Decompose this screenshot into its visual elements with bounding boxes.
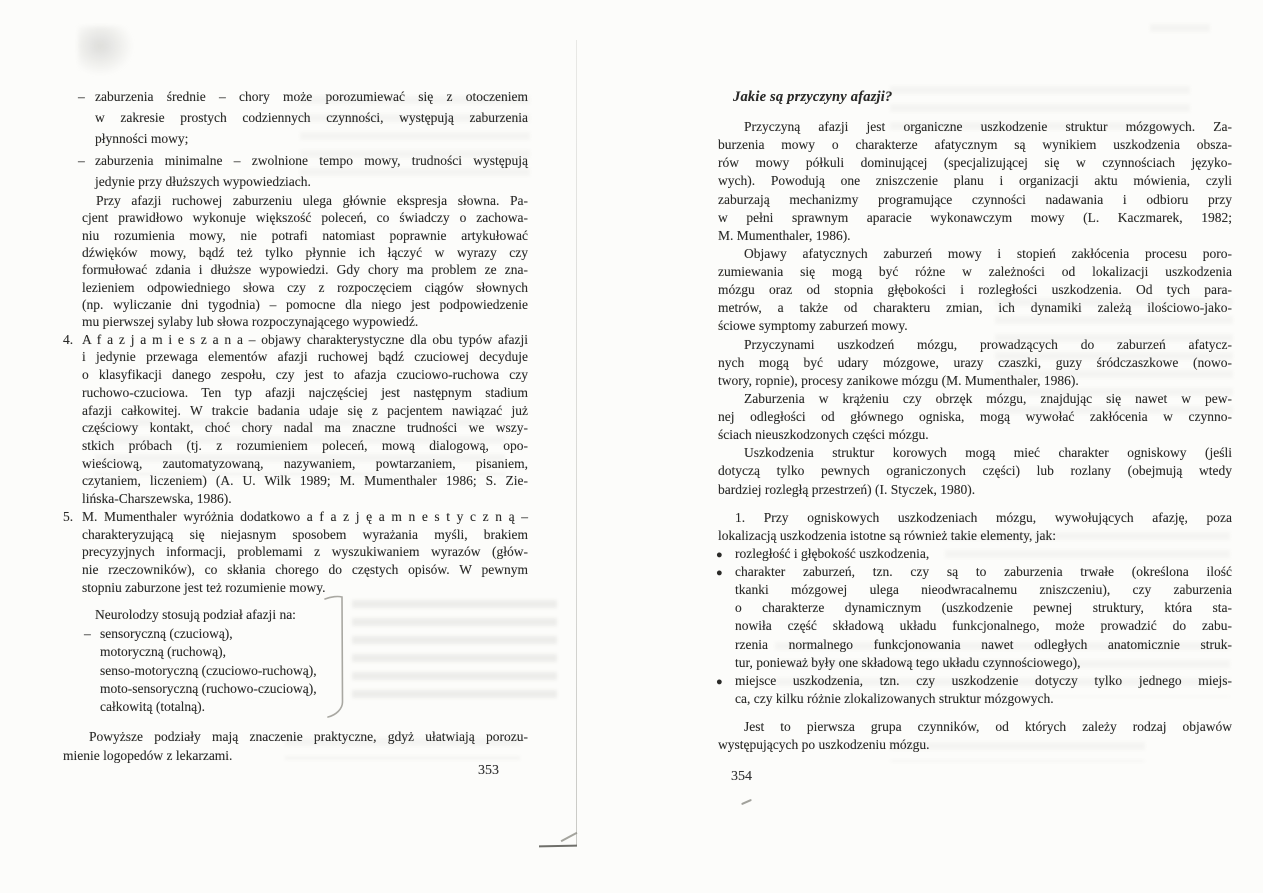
bullet-marker: ●: [716, 546, 723, 564]
text-line: Objawy afatycznych zaburzeń mowy i stopi…: [718, 245, 1232, 263]
bullet-block: ●charakter zaburzeń, tzn. czy są to zabu…: [718, 563, 1232, 672]
pencil-mark: [741, 799, 752, 805]
text-line: wych). Powodują one zniszczenie planu i …: [718, 172, 1232, 190]
scan-corner-diagonal-mark: [561, 832, 578, 842]
text-line: formułować zdania i dłuższe wypowiedzi. …: [82, 261, 528, 278]
paraout-block: Powyższe podziały mają znaczenie praktyc…: [63, 727, 528, 765]
block-lines: Jest to pierwsza grupa czynników, od któ…: [718, 718, 1232, 754]
scanned-book-spread: { "left_page": { "page_number": "353", "…: [0, 0, 1263, 893]
block-lines: miejsce uszkodzenia, tzn. czy uszkodzeni…: [718, 672, 1232, 708]
text-line: bardziej rozległą przestrzeń) (I. Stycze…: [718, 481, 1232, 499]
text-line: (np. wyliczanie dni tygodnia) – pomocne …: [82, 296, 528, 313]
text-line: w zakresie prostych codziennych czynnośc…: [95, 107, 528, 128]
page-edge-line: [576, 40, 577, 845]
bullet-marker: ●: [716, 564, 723, 582]
text-line: stkich próbach (tj. z rozumieniem polece…: [82, 437, 528, 455]
text-line: częściowy kontakt, choć chory nadal ma z…: [82, 419, 528, 437]
text-line: czytaniem, liczeniem) (A. U. Wilk 1989; …: [82, 472, 528, 490]
text-line: Uszkodzenia struktur korowych mogą mieć …: [718, 444, 1232, 462]
text-line: tkanki mózgowej ulega nieodwracalnemu zn…: [735, 581, 1232, 599]
text-line: płynności mowy;: [95, 128, 528, 149]
para-block: Uszkodzenia struktur korowych mogą mieć …: [718, 444, 1232, 498]
item-number: 4.: [63, 331, 73, 349]
text-line: senso-motoryczną (czuciowo-ruchową),: [100, 662, 528, 680]
text-line: lezieniem odpowiedniego słowa czy z rozp…: [82, 279, 528, 296]
block-lines: rozległość i głębokość uszkodzenia,: [718, 545, 1232, 563]
dash-marker: –: [84, 625, 91, 643]
scan-smudge-top-left: [78, 26, 134, 76]
text-line: nowiła część składową układu funkcjonaln…: [735, 617, 1232, 635]
para-block: Przyczyną afazji jest organiczne uszkodz…: [718, 118, 1232, 245]
text-line: charakteryzującą się niejasnym sposobem …: [82, 526, 528, 544]
text-line: mózgu oraz od stopnia głębokości i rozle…: [718, 281, 1232, 299]
text-line: Przy afazji ruchowej zaburzeniu ulega gł…: [82, 192, 528, 209]
right-page-blocks: Przyczyną afazji jest organiczne uszkodz…: [718, 118, 1232, 754]
block-lines: charakter zaburzeń, tzn. czy są to zabur…: [718, 563, 1232, 672]
text-line: ca, czy kilku różnie zlokalizowanych str…: [735, 690, 1232, 708]
block-lines: Przy afazji ruchowej zaburzeniu ulega gł…: [63, 192, 528, 331]
block-lines: Powyższe podziały mają znaczenie praktyc…: [63, 727, 528, 765]
intro-block: Neurolodzy stosują podział afazji na:: [63, 606, 528, 624]
bleed-through-ghost-text: [1150, 24, 1210, 42]
text-line: ściowe symptomy zaburzeń mowy.: [718, 317, 1232, 335]
text-line: dotyczą tylko pewnych ograniczonych częś…: [718, 462, 1232, 480]
dashlist-block: –sensoryczną (czuciową),motoryczną (ruch…: [63, 625, 528, 717]
block-lines: Przyczynami uszkodzeń mózgu, prowadzącyc…: [718, 336, 1232, 390]
text-line: ściach nieuszkodzonych części mózgu.: [718, 426, 1232, 444]
text-line: wieściową, zautomatyzowaną, nazywaniem, …: [82, 455, 528, 473]
dash-block: –zaburzenia minimalne – zwolnione tempo …: [63, 150, 528, 192]
para-block: Jest to pierwsza grupa czynników, od któ…: [718, 718, 1232, 754]
dash-marker: –: [78, 150, 85, 171]
text-line: o charakterze dynamicznym (uszkodzenie p…: [735, 599, 1232, 617]
text-line: Przyczynami uszkodzeń mózgu, prowadzącyc…: [718, 336, 1232, 354]
page-number-354: 354: [731, 769, 752, 785]
text-line: Zaburzenia w krążeniu czy obrzęk mózgu, …: [718, 390, 1232, 408]
block-lines: M. Mumenthaler wyróżnia dodatkowo a f a …: [63, 508, 528, 597]
paralist-block: Przy afazji ruchowej zaburzeniu ulega gł…: [63, 192, 528, 331]
text-line: motoryczną (ruchową),: [100, 643, 528, 661]
paranum-block: 1. Przy ogniskowych uszkodzeniach mózgu,…: [718, 509, 1232, 545]
para-block: Zaburzenia w krążeniu czy obrzęk mózgu, …: [718, 390, 1232, 444]
right-page: Jakie są przyczyny afazji? Przyczyną afa…: [718, 88, 1232, 754]
text-line: sensoryczną (czuciową),: [100, 625, 528, 643]
block-lines: zaburzenia średnie – chory może porozumi…: [63, 86, 528, 150]
text-line: nych mogą być udary mózgowe, urazy czasz…: [718, 354, 1232, 372]
text-line: nej odległości od głównego ogniska, mogą…: [718, 408, 1232, 426]
text-line: w pełni sprawnym aparacie wykonawczym mo…: [718, 209, 1232, 227]
text-line: niu rozumienia mowy, nie potrafi natomia…: [82, 227, 528, 244]
text-line: charakter zaburzeń, tzn. czy są to zabur…: [735, 563, 1232, 581]
text-line: Przyczyną afazji jest organiczne uszkodz…: [718, 118, 1232, 136]
text-line: mu pierwszej sylaby lub słowa rozpoczyna…: [82, 313, 528, 330]
page-number-353: 353: [478, 763, 499, 779]
text-line: afazji całkowitej. W trakcie badania uda…: [82, 402, 528, 420]
text-line: rów mowy półkuli dominującej (specjalizu…: [718, 154, 1232, 172]
section-heading: Jakie są przyczyny afazji?: [733, 88, 1232, 106]
para-block: Objawy afatycznych zaburzeń mowy i stopi…: [718, 245, 1232, 336]
text-line: dźwięków mowy, bądź też tylko płynnie ic…: [82, 244, 528, 261]
block-lines: sensoryczną (czuciową),motoryczną (rucho…: [63, 625, 528, 717]
text-line: zaburzenia średnie – chory może porozumi…: [95, 86, 528, 107]
item-number: 5.: [63, 508, 73, 526]
text-line: M. Mumenthaler, 1986).: [718, 227, 1232, 245]
num-block: 5.M. Mumenthaler wyróżnia dodatkowo a f …: [63, 508, 528, 597]
text-line: precyzyjnych informacji, problemami z wy…: [82, 543, 528, 561]
left-page-blocks: –zaburzenia średnie – chory może porozum…: [63, 86, 528, 765]
block-lines: A f a z j a m i e s z a n a – objawy cha…: [63, 331, 528, 508]
para-block: Przyczynami uszkodzeń mózgu, prowadzącyc…: [718, 336, 1232, 390]
text-line: występujących po uszkodzeniu mózgu.: [718, 736, 1232, 754]
text-line: Powyższe podziały mają znaczenie praktyc…: [63, 727, 528, 746]
text-line: ruchowo-czuciowa. Ten typ afazji najczęś…: [82, 384, 528, 402]
block-lines: zaburzenia minimalne – zwolnione tempo m…: [63, 150, 528, 192]
bullet-block: ●miejsce uszkodzenia, tzn. czy uszkodzen…: [718, 672, 1232, 708]
text-line: i jedynie przewaga elementów afazji ruch…: [82, 348, 528, 366]
text-line: całkowitą (totalną).: [100, 698, 528, 716]
block-lines: 1. Przy ogniskowych uszkodzeniach mózgu,…: [718, 509, 1232, 545]
text-line: o klasyfikacji danego zespołu, czy jest …: [82, 366, 528, 384]
text-line: tur, ponieważ były one składową tego ukł…: [735, 654, 1232, 672]
block-lines: Przyczyną afazji jest organiczne uszkodz…: [718, 118, 1232, 245]
text-line: moto-sensoryczną (ruchowo-czuciową),: [100, 680, 528, 698]
text-line: twory, ropnie), procesy zanikowe mózgu (…: [718, 372, 1232, 390]
text-line: stopniu zaburzone jest też rozumienie mo…: [82, 579, 528, 597]
text-line: burzenia mowy o charakterze afatycznym s…: [718, 136, 1232, 154]
text-line: metrów, a także od charakteru zmian, ich…: [718, 299, 1232, 317]
text-line: rzenia normalnego funkcjonowania nawet o…: [735, 636, 1232, 654]
text-line: nie rzeczowników), co skłania chorego do…: [82, 561, 528, 579]
text-line: mienie logopedów z lekarzami.: [63, 746, 528, 765]
text-line: Neurolodzy stosują podział afazji na:: [95, 606, 528, 624]
bullet-block: ●rozległość i głębokość uszkodzenia,: [718, 545, 1232, 563]
block-lines: Zaburzenia w krążeniu czy obrzęk mózgu, …: [718, 390, 1232, 444]
block-lines: Objawy afatycznych zaburzeń mowy i stopi…: [718, 245, 1232, 336]
text-line: 1. Przy ogniskowych uszkodzeniach mózgu,…: [718, 509, 1232, 527]
text-line: zaburzają mechanizmy programujące czynno…: [718, 191, 1232, 209]
text-line: jedynie przy dłuższych wypowiedziach.: [95, 171, 528, 192]
scan-corner-mark: [539, 845, 577, 848]
block-lines: Uszkodzenia struktur korowych mogą mieć …: [718, 444, 1232, 498]
block-lines: Neurolodzy stosują podział afazji na:: [63, 606, 528, 624]
text-line: zaburzenia minimalne – zwolnione tempo m…: [95, 150, 528, 171]
text-line: rozległość i głębokość uszkodzenia,: [735, 545, 1232, 563]
text-line: zumiewania się mogą być różne w zależnoś…: [718, 263, 1232, 281]
text-line: cjent prawidłowo wykonuje większość pole…: [82, 209, 528, 226]
left-page: –zaburzenia średnie – chory może porozum…: [63, 86, 528, 765]
dash-block: –zaburzenia średnie – chory może porozum…: [63, 86, 528, 150]
text-line: A f a z j a m i e s z a n a – objawy cha…: [82, 331, 528, 349]
dash-marker: –: [78, 86, 85, 107]
text-line: miejsce uszkodzenia, tzn. czy uszkodzeni…: [735, 672, 1232, 690]
text-line: Jest to pierwsza grupa czynników, od któ…: [718, 718, 1232, 736]
text-line: lokalizacją uszkodzenia istotne są równi…: [718, 527, 1232, 545]
num-block: 4.A f a z j a m i e s z a n a – objawy c…: [63, 331, 528, 508]
text-line: lińska-Charszewska, 1986).: [82, 490, 528, 508]
bullet-marker: ●: [716, 673, 723, 691]
text-line: M. Mumenthaler wyróżnia dodatkowo a f a …: [82, 508, 528, 526]
